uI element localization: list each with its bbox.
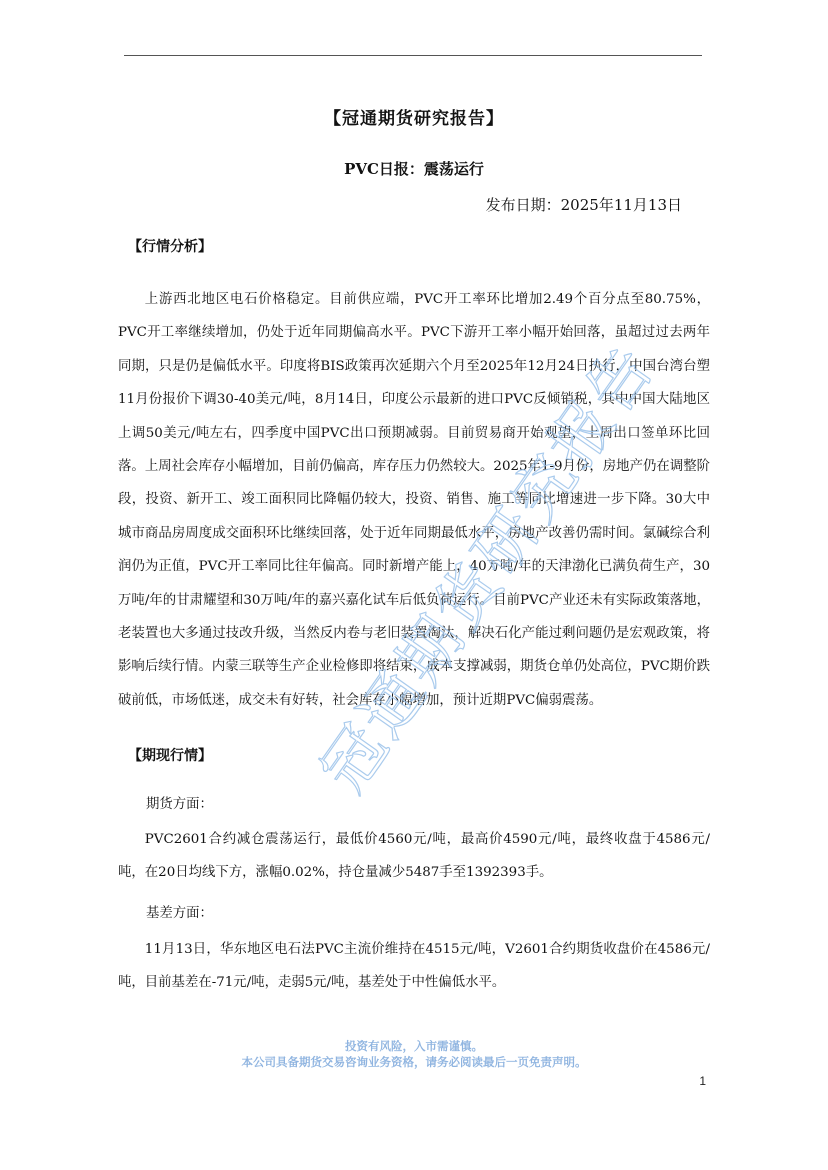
risk-warning: 投资有风险，入市需谨慎。 xyxy=(0,1038,828,1054)
qualification-notice: 本公司具备期货交易咨询业务资格，请务必阅读最后一页免责声明。 xyxy=(0,1054,828,1070)
disclaimer-footer: 投资有风险，入市需谨慎。 本公司具备期货交易咨询业务资格，请务必阅读最后一页免责… xyxy=(0,1038,828,1070)
report-title: 【冠通期货研究报告】 xyxy=(0,104,828,129)
basis-paragraph: 11月13日，华东地区电石法PVC主流价维持在4515元/吨，V2601合约期货… xyxy=(118,933,710,1000)
futures-paragraph: PVC2601合约减仓震荡运行，最低价4560元/吨，最高价4590元/吨，最终… xyxy=(118,823,710,890)
report-subtitle: PVC日报：震荡运行 xyxy=(0,158,828,179)
market-analysis-paragraph: 上游西北地区电石价格稳定。目前供应端，PVC开工率环比增加2.49个百分点至80… xyxy=(118,283,710,717)
publish-date: 发布日期：2025年11月13日 xyxy=(486,194,682,215)
header-rule xyxy=(124,55,702,56)
section-heading-futures-spot: 【期现行情】 xyxy=(128,745,212,765)
basis-label: 基差方面： xyxy=(146,902,213,921)
section-heading-market-analysis: 【行情分析】 xyxy=(128,236,212,256)
futures-label: 期货方面： xyxy=(146,793,213,812)
page-number: 1 xyxy=(699,1074,706,1088)
